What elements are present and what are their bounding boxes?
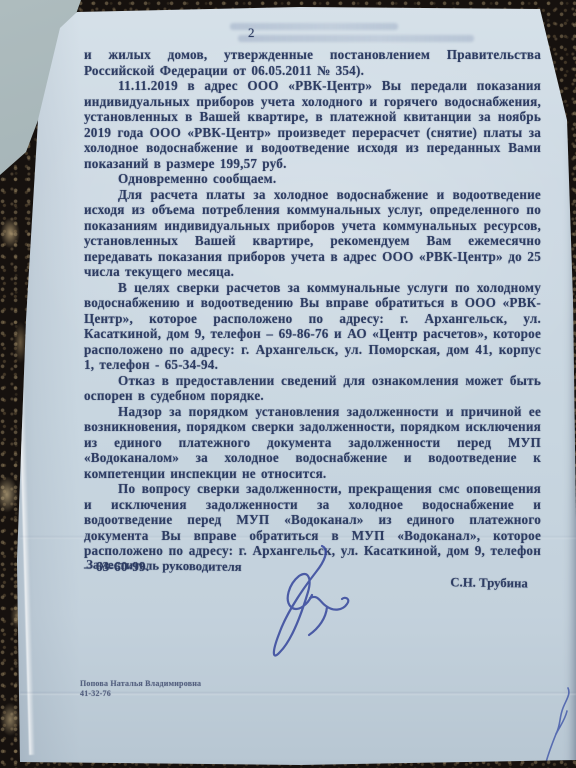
signatory-name: С.Н. Трубина [450, 575, 528, 591]
paragraph: Отказ в предоставлении сведений для озна… [84, 373, 541, 404]
page-number: 2 [248, 25, 255, 41]
photo-scene: 2 и жилых домов, утвержденные постановле… [0, 0, 576, 768]
paragraph: и жилых домов, утвержденные постановлени… [84, 47, 541, 78]
paragraph: В целях сверки расчетов за коммунальные … [84, 280, 541, 373]
signature-title: Заместитель руководителя [86, 558, 242, 575]
paragraph: Надзор за порядком установления задолжен… [84, 404, 541, 482]
document-body: и жилых домов, утвержденные постановлени… [84, 47, 541, 574]
paragraph: 11.11.2019 в адрес ООО «РВК-Центр» Вы пе… [84, 78, 541, 171]
executor-block: Попова Наталья Владимировна 41-32-76 [80, 679, 201, 698]
signature-scribble [246, 540, 366, 662]
bleed-through-text [238, 35, 474, 42]
paragraph: Для расчета платы за холодное водоснабже… [84, 187, 541, 280]
bleed-through-text [230, 23, 398, 30]
letter-page: 2 и жилых домов, утвержденные постановле… [0, 0, 576, 768]
executor-phone: 41-32-76 [80, 689, 201, 699]
paragraph: Одновременно сообщаем. [84, 171, 541, 187]
pen-mark [538, 684, 576, 768]
executor-name: Попова Наталья Владимировна [80, 679, 201, 689]
